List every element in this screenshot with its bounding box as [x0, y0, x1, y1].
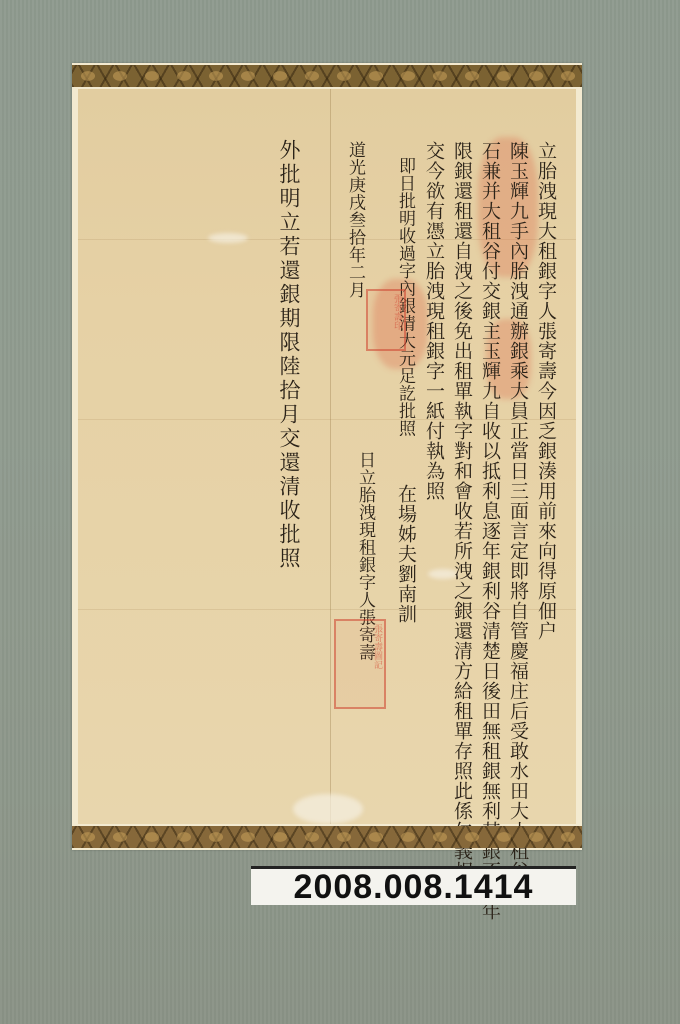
seal-stamp: 張寄壽印 — [366, 289, 406, 351]
text-column-1: 立胎洩現大租銀字人張寄壽今因乏銀湊用前來向得原佃户 — [536, 141, 555, 641]
text-column-witness: 在場姊夫劉南訓 — [396, 484, 415, 624]
brocade-border-top — [72, 65, 582, 87]
paper-stain — [208, 233, 248, 243]
vertical-fold-line — [330, 89, 331, 824]
paper-stain — [293, 794, 363, 824]
brocade-border-bottom — [72, 826, 582, 848]
text-column-3: 石兼并大租谷付交銀主玉輝九自收以抵利息逐年銀利谷清楚日後田無租銀無利其銀不拘年 — [480, 141, 499, 921]
horizontal-fold-line — [78, 419, 576, 420]
text-column-2: 陳玉輝九手內胎洩通辦銀乘大員正當日三面言定即將自管慶福庄后受敢水田大小租谷叁 — [508, 141, 527, 901]
text-column-addendum: 外批明立若還銀期限陸拾月交還清收批照 — [278, 139, 299, 571]
seal-stamp: 張寄壽圖記 — [334, 619, 386, 709]
horizontal-fold-line — [78, 609, 576, 610]
accession-number-label: 2008.008.1414 — [251, 866, 576, 905]
text-column-date: 道光庚戌叁拾年二月 — [346, 141, 363, 299]
text-column-5: 交今欲有憑立胎洩現租銀字一紙付執為照 — [424, 141, 443, 501]
text-column-4: 限銀還租還自洩之後免出租單執字對和會收若所洩之銀還清方給租單存照此係仁義相 — [452, 141, 471, 881]
mounted-document: 立胎洩現大租銀字人張寄壽今因乏銀湊用前來向得原佃户 陳玉輝九手內胎洩通辦銀乘大員… — [72, 63, 582, 850]
paper-sheet: 立胎洩現大租銀字人張寄壽今因乏銀湊用前來向得原佃户 陳玉輝九手內胎洩通辦銀乘大員… — [78, 89, 576, 824]
